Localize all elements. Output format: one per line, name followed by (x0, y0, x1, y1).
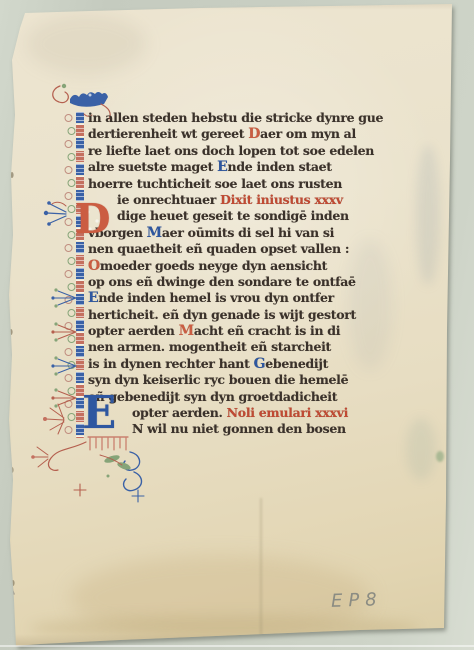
body-text: alre suetste maget (88, 159, 217, 174)
body-text: re liefte laet ons doch lopen tot soe ed… (88, 143, 374, 158)
rubric-text: Dixit iniustus xxxv (220, 192, 343, 207)
text-line: opter aerden Macht eñ cracht is in di (88, 323, 394, 339)
body-text: aer oūmits di sel hi van si (162, 225, 334, 240)
inline-initial: M (179, 323, 194, 339)
manuscript-leaf: in allen steden hebstu die stricke dynre… (0, 0, 474, 650)
body-text: dertierenheit wt gereet (88, 126, 248, 141)
text-line: herticheit. eñ dyn genade is wijt gestor… (88, 307, 394, 323)
ink-bleed-stain (406, 418, 436, 480)
text-line: is in dynen rechter hant Gebenedijt (88, 356, 394, 372)
large-initial-e: E (82, 391, 116, 435)
text-block: in allen steden hebstu die stricke dynre… (88, 110, 394, 438)
body-text: in allen steden hebstu die stricke dynre… (88, 110, 383, 125)
pigment-spot (436, 451, 444, 462)
body-text: dige heuet geseit te sondigē inden (117, 208, 349, 223)
body-text: moeder goeds neyge dyn aensicht (100, 258, 327, 273)
stain (70, 555, 370, 640)
body-text: nen armen. mogentheit eñ starcheit (88, 339, 331, 354)
body-text: opter aerden. (132, 405, 227, 420)
inline-initial: O (88, 258, 100, 274)
body-text: hoerre tuchticheit soe laet ons rusten (88, 176, 342, 191)
body-text: herticheit. eñ dyn genade is wijt gestor… (88, 307, 356, 322)
scan-background: in allen steden hebstu die stricke dynre… (0, 0, 474, 650)
body-text: opter aerden (88, 323, 179, 338)
body-text: eñ gebenedijt syn dyn groetdadicheit (88, 389, 337, 404)
inline-initial: E (217, 159, 227, 175)
body-text: N wil nu niet gonnen den bosen (132, 421, 346, 436)
text-line: dige heuet geseit te sondigē inden (88, 208, 394, 224)
text-line: op ons eñ dwinge den sondare te ontfaē (88, 274, 394, 290)
body-text: ebenedijt (265, 356, 328, 371)
text-line: N wil nu niet gonnen den bosen (88, 421, 394, 437)
body-text: ie onrechtuaer (117, 192, 220, 207)
stain (26, 14, 146, 74)
text-line: eñ gebenedijt syn dyn groetdadicheit (88, 389, 394, 405)
inline-initial: M (147, 225, 162, 241)
crease-line (260, 498, 262, 640)
text-line: re liefte laet ons doch lopen tot soe ed… (88, 143, 394, 159)
text-line: dertierenheit wt gereet Daer om myn al (88, 126, 394, 142)
body-text: acht eñ cracht is in di (194, 323, 340, 338)
manuscript-leaf-wrap: in allen steden hebstu die stricke dynre… (0, 0, 474, 650)
inline-initial: D (248, 126, 260, 142)
text-line: hoerre tuchticheit soe laet ons rusten (88, 176, 394, 192)
body-text: aer om myn al (260, 126, 356, 141)
text-line: nen quaetheit eñ quaden opset vallen : (88, 241, 394, 257)
text-line: opter aerden. Noli emulari xxxvi (88, 405, 394, 421)
text-line: ie onrechtuaer Dixit iniustus xxxv (88, 192, 394, 208)
body-text: nde inden hemel is vrou dyn ontfer (98, 290, 334, 305)
rubric-text: Noli emulari xxxvi (227, 405, 348, 420)
stain (30, 615, 420, 641)
text-line: vborgen Maer oūmits di sel hi van si (88, 225, 394, 241)
pencil-shelfmark: EP8 (331, 589, 383, 612)
text-line: Ende inden hemel is vrou dyn ontfer (88, 290, 394, 306)
inline-initial: E (88, 290, 98, 306)
body-text: syn dyn keiserlic ryc bouen die hemelē (88, 372, 348, 387)
large-initial-d: D (75, 199, 111, 239)
ink-bleed-stain (416, 145, 440, 285)
body-text: op ons eñ dwinge den sondare te ontfaē (88, 274, 356, 289)
text-line: in allen steden hebstu die stricke dynre… (88, 110, 394, 126)
inline-initial: G (254, 356, 266, 372)
body-text: nen quaetheit eñ quaden opset vallen : (88, 241, 349, 256)
text-line: nen armen. mogentheit eñ starcheit (88, 339, 394, 355)
text-line: alre suetste maget Ende inden staet (88, 159, 394, 175)
body-text: is in dynen rechter hant (88, 356, 254, 371)
text-line: Omoeder goeds neyge dyn aensicht (88, 258, 394, 274)
body-text: nde inden staet (228, 159, 332, 174)
text-line: syn dyn keiserlic ryc bouen die hemelē (88, 372, 394, 388)
